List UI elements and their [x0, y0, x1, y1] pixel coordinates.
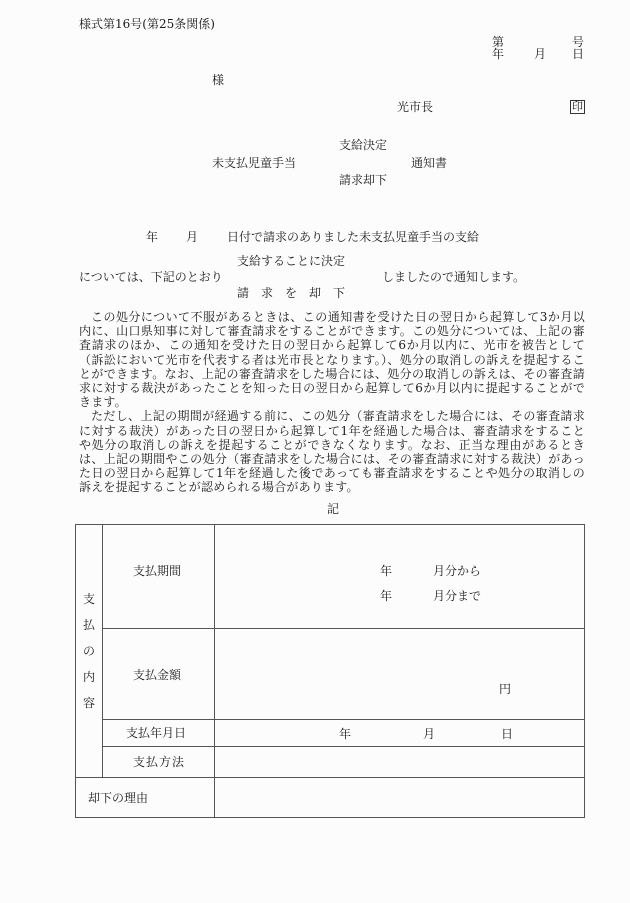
- table-row-period: 支 払 の 内 容 支払期間 年 月分から 年 月分まで: [76, 525, 585, 629]
- payment-period-field[interactable]: 年 月分から 年 月分まで: [215, 525, 585, 629]
- table-row-method: 支払方法: [76, 747, 585, 778]
- payment-date-field[interactable]: 年 月 日: [215, 720, 585, 747]
- title-option-rejection: 請求却下: [339, 174, 387, 186]
- period-from-year: 年: [380, 565, 392, 577]
- table-row-rejection-reason: 却下の理由: [76, 778, 585, 818]
- appeal-notice-paragraph-2: ただし、上記の期間が経過する前に、この処分（審査請求をした場合には、その審査請求…: [79, 409, 585, 494]
- intro-year: 年: [146, 231, 158, 243]
- title-main: 未支払児童手当: [212, 157, 296, 169]
- issue-date-month: 月: [534, 48, 546, 60]
- issue-date-year: 年: [492, 48, 504, 60]
- seal-icon: 印: [570, 100, 585, 114]
- group-label-char: 支: [76, 586, 102, 612]
- payment-amount-field[interactable]: 円: [215, 629, 585, 720]
- rejection-reason-field[interactable]: [215, 778, 585, 818]
- ki-label: 記: [327, 503, 339, 515]
- addressee-suffix: 様: [212, 74, 224, 86]
- period-from-month: 月分から: [433, 565, 481, 577]
- payment-date-year: 年: [339, 728, 351, 740]
- payment-detail-table: 支 払 の 内 容 支払期間 年 月分から 年 月分まで 支払金額 円 支払年月…: [75, 524, 585, 818]
- period-to-year: 年: [380, 590, 392, 602]
- payment-date-day: 日: [501, 728, 513, 740]
- group-label-payment-content: 支 払 の 内 容: [76, 525, 103, 778]
- payment-date-label: 支払年月日: [103, 720, 215, 747]
- payment-date-month: 月: [423, 728, 435, 740]
- intro-line2-right: しましたので通知します。: [382, 271, 525, 283]
- intro-month: 月: [186, 231, 198, 243]
- payment-amount-label: 支払金額: [103, 629, 215, 720]
- payment-method-field[interactable]: [215, 747, 585, 778]
- form-number: 様式第16号(第25条関係): [79, 18, 215, 30]
- group-label-char: 容: [76, 690, 102, 716]
- intro-text: 日付で請求のありました未支払児童手当の支給: [227, 231, 479, 243]
- table-row-date: 支払年月日 年 月 日: [76, 720, 585, 747]
- issuer-name: 光市長: [397, 101, 433, 113]
- intro-line2-left: については、下記のとおり: [79, 271, 223, 283]
- issue-date-day: 日: [572, 48, 584, 60]
- appeal-notice: この処分について不服があるときは、この通知書を受けた日の翌日から起算して3か月以…: [79, 310, 585, 495]
- amount-unit-yen: 円: [499, 683, 511, 695]
- rejection-reason-label: 却下の理由: [76, 778, 215, 818]
- group-label-char: の: [76, 638, 102, 664]
- period-to-month: 月分まで: [433, 590, 481, 602]
- intro-option-rejection: 請 求 を 却 下: [237, 287, 345, 299]
- intro-option-decision: 支給することに決定: [237, 255, 345, 267]
- table-row-amount: 支払金額 円: [76, 629, 585, 720]
- payment-period-label: 支払期間: [103, 525, 215, 629]
- payment-method-label: 支払方法: [103, 747, 215, 778]
- group-label-char: 払: [76, 612, 102, 638]
- group-label-char: 内: [76, 664, 102, 690]
- title-option-decision: 支給決定: [339, 139, 387, 151]
- title-suffix: 通知書: [411, 157, 447, 169]
- appeal-notice-paragraph-1: この処分について不服があるときは、この通知書を受けた日の翌日から起算して3か月以…: [79, 310, 585, 409]
